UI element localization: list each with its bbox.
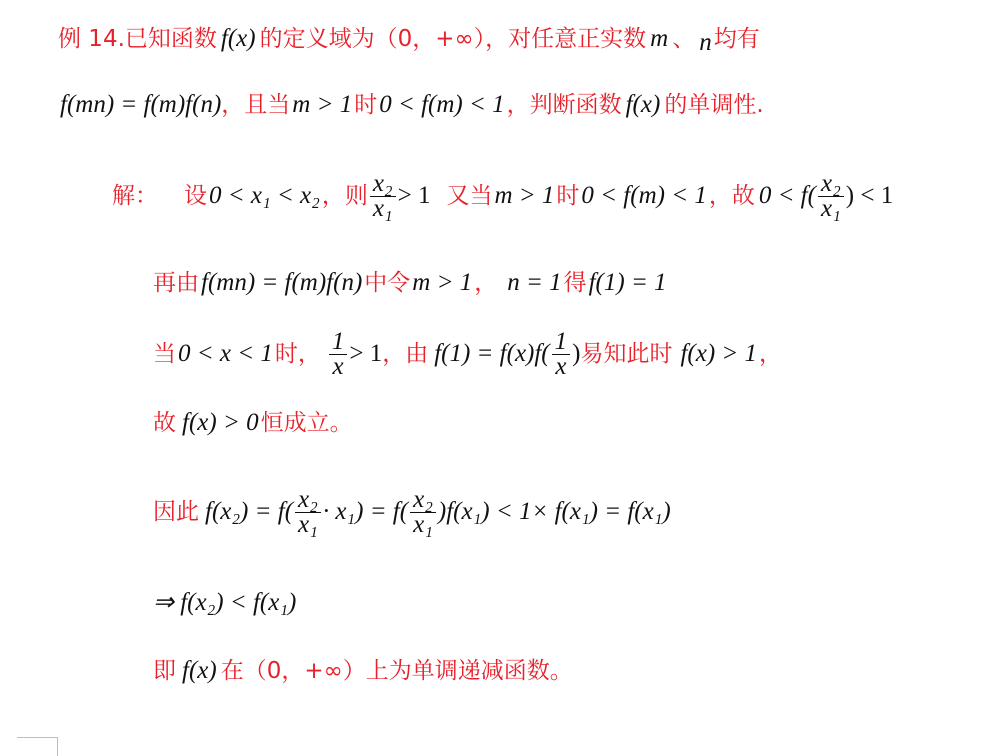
solution-text: 恒成立。 [261, 408, 353, 438]
solution-step-3: 当 0 < x < 1 时， 1 x > 1 ，由 f(1) = f(x)f( … [153, 322, 782, 386]
math-expr: 0 < x < 1 [178, 339, 273, 369]
solution-step-2: 再由 f(mn) = f(m)f(n) 中令 m > 1 ， n = 1 得 f… [153, 268, 669, 298]
math-expr: f(x) [221, 24, 256, 54]
math-expr: f(x) [626, 90, 661, 120]
math-expr: m > 1 [494, 181, 554, 211]
solution-step-1: 解： 设 0 < x₁ < x₂ ，则 x₂ x₁ > 1 又当 m > 1 时… [112, 164, 893, 228]
math-expr: f(x₂) = f( [205, 497, 293, 527]
problem-text: 、 [672, 24, 695, 54]
solution-text: 时， [275, 339, 321, 369]
solution-text: ，故 [709, 181, 755, 211]
solution-text: 再由 [153, 268, 199, 298]
solution-text: 又当 [446, 181, 492, 211]
math-expr: f(x) > 0 [182, 408, 259, 438]
math-expr: f(x) [182, 656, 217, 686]
problem-statement-line-2: f(mn) = f(m)f(n) ，且当 m > 1 时 0 < f(m) < … [60, 90, 764, 120]
math-expr: f(mn) = f(m)f(n) [201, 268, 362, 298]
math-expr: f(1) = f(x)f( [434, 339, 549, 369]
fraction-x2-over-x1: x₂ x₁ [370, 172, 396, 221]
solution-text: 即 [153, 656, 176, 686]
example-label: 例 14. [58, 24, 125, 54]
math-var-n: n [699, 28, 712, 58]
solution-text: 易知此时 [580, 339, 672, 369]
fraction-1-over-x: 1 x [329, 330, 348, 379]
problem-text: ，判断函数 [507, 90, 622, 120]
math-expr: n = 1 [507, 268, 561, 298]
solution-text: 得 [564, 268, 587, 298]
math-expr: m > 1 [292, 90, 352, 120]
solution-text: ， [474, 268, 497, 298]
math-expr: )f(x₁) < 1× f(x₁) = f(x₁) [438, 497, 671, 527]
math-expr: ⇒ f(x₂) < f(x₁) [153, 588, 296, 618]
math-expr: > 1 [398, 181, 431, 211]
solution-text: 故 [153, 408, 176, 438]
problem-text: 时 [354, 90, 377, 120]
solution-text: 中令 [364, 268, 410, 298]
solution-label: 解： [112, 181, 158, 211]
solution-step-7: 即 f(x) 在（0，+∞）上为单调递减函数。 [153, 656, 573, 686]
solution-text: ，则 [322, 181, 368, 211]
math-expr: · x₁) = f( [323, 497, 408, 527]
fraction-x2-over-x1: x₂ x₁ [818, 172, 844, 221]
problem-text: ，且当 [221, 90, 290, 120]
solution-step-4: 故 f(x) > 0 恒成立。 [153, 408, 353, 438]
fraction-x2-over-x1: x₂ x₁ [410, 488, 436, 537]
math-expr: ) < 1 [846, 181, 893, 211]
solution-text: ， [759, 339, 782, 369]
solution-step-5: 因此 f(x₂) = f( x₂ x₁ · x₁) = f( x₂ x₁ )f(… [153, 480, 671, 544]
math-expr: 0 < f(m) < 1 [379, 90, 504, 120]
problem-text: 的定义域为（0，+∞），对任意正实数 [260, 24, 647, 54]
problem-text: 已知函数 [125, 24, 217, 54]
fraction-1-over-x: 1 x [552, 330, 571, 379]
problem-statement-line-1: 例 14. 已知函数 f(x) 的定义域为（0，+∞），对任意正实数 m 、 n… [58, 20, 760, 58]
math-expr: ) [572, 339, 580, 369]
math-expr: > 1 [349, 339, 382, 369]
problem-text: 均有 [714, 24, 760, 54]
solution-step-6: ⇒ f(x₂) < f(x₁) [153, 588, 296, 618]
problem-text: 的单调性. [664, 90, 763, 120]
math-expr: 0 < f( [759, 181, 816, 211]
solution-text: 当 [153, 339, 176, 369]
math-expr: 0 < f(m) < 1 [581, 181, 706, 211]
math-expr: f(mn) = f(m)f(n) [60, 90, 221, 120]
math-expr: f(x) > 1 [680, 339, 757, 369]
fraction-x2-over-x1: x₂ x₁ [295, 488, 321, 537]
math-var-m: m [650, 24, 668, 54]
solution-text: 时 [556, 181, 579, 211]
solution-text: 因此 [153, 497, 199, 527]
math-expr: 0 < x₁ < x₂ [209, 181, 320, 211]
math-expr: f(1) = 1 [589, 268, 667, 298]
math-expr: m > 1 [412, 268, 472, 298]
solution-text: 设 [184, 181, 207, 211]
page-corner-marker [17, 737, 58, 756]
solution-text: ，由 [382, 339, 428, 369]
solution-text: 在（0，+∞）上为单调递减函数。 [221, 656, 573, 686]
